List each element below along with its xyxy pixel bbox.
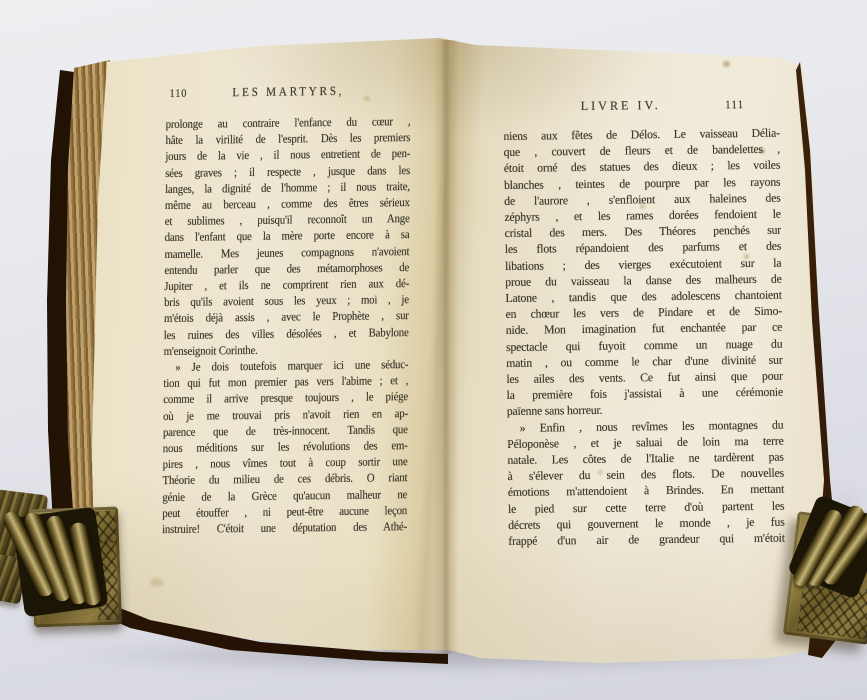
brass-clasp-right bbox=[0, 0, 867, 700]
photo-scene: 110 LES MARTYRS, prolonge au contraire l… bbox=[0, 0, 867, 700]
